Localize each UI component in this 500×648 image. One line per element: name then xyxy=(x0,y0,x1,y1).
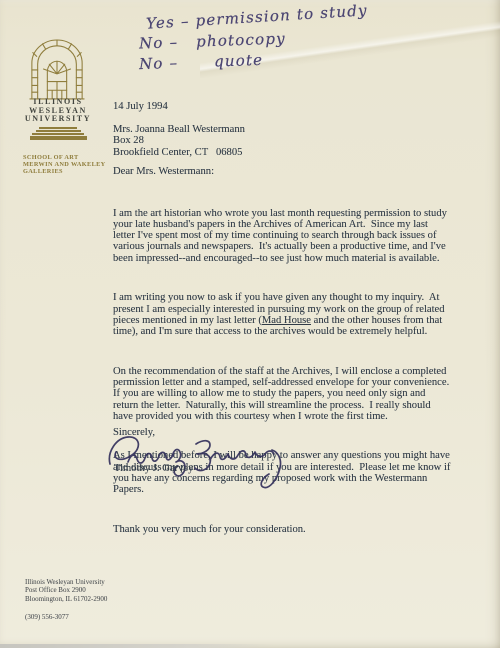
text-line: Thank you very much for your considerati… xyxy=(113,524,493,535)
text-line: Bloomington, IL 61702-2900 xyxy=(25,595,107,603)
department-name-line: MERWIN AND WAKELEY xyxy=(23,161,118,168)
text-line: return the letter. Naturally, this will … xyxy=(113,400,493,411)
text-line: On the recommendation of the staff at th… xyxy=(113,366,493,377)
letter-page: Yes – permission to study No – photocopy… xyxy=(0,0,500,648)
text-line: letter I've spent most of my time contin… xyxy=(113,230,493,241)
department-name-line: GALLERIES xyxy=(23,168,118,175)
text-line: If you are willing to allow me to study … xyxy=(113,388,493,399)
text-line: I am writing you now to ask if you have … xyxy=(113,292,493,303)
university-name: ILLINOIS WESLEYAN UNIVERSITY xyxy=(20,98,96,124)
text-line: Illinois Wesleyan University xyxy=(25,578,107,586)
recipient-address: Mrs. Joanna Beall WestermannBox 28Brookf… xyxy=(113,124,245,158)
text-line: various journals and newspapers. It's ac… xyxy=(113,241,493,252)
text-line: your late husband's papers in the Archiv… xyxy=(113,219,493,230)
handwritten-note-line: No – photocopy xyxy=(139,29,286,52)
scan-edge xyxy=(0,644,275,648)
department-name-line: SCHOOL OF ART xyxy=(23,154,118,161)
handwritten-note-line: No – quote xyxy=(139,51,264,73)
university-name-line: UNIVERSITY xyxy=(20,115,96,124)
department-name: SCHOOL OF ART MERWIN AND WAKELEY GALLERI… xyxy=(23,154,118,175)
text-line: pieces mentioned in my last letter (Mad … xyxy=(113,315,493,326)
text-line: time), and I'm sure that access to the a… xyxy=(113,326,493,337)
typed-signature-name: Timothy J. Garvey xyxy=(114,463,193,474)
letter-date: 14 July 1994 xyxy=(113,101,168,112)
text-line: Brookfield Center, CT 06805 xyxy=(113,147,245,158)
text-line: Mrs. Joanna Beall Westermann xyxy=(113,124,245,135)
paragraph: I am the art historian who wrote you las… xyxy=(113,208,493,264)
paragraph: Thank you very much for your considerati… xyxy=(113,524,493,535)
paragraph: On the recommendation of the staff at th… xyxy=(113,366,493,422)
text-line: permission letter and a stamped, self-ad… xyxy=(113,377,493,388)
handwritten-signature xyxy=(104,430,294,492)
pedestal-bars-icon xyxy=(28,127,88,141)
text-line: Post Office Box 2900 xyxy=(25,586,107,594)
text-line: Box 28 xyxy=(113,135,245,146)
text-line: present I am especially interested in pu… xyxy=(113,304,493,315)
salutation: Dear Mrs. Westermann: xyxy=(113,166,214,177)
letter-body: I am the art historian who wrote you las… xyxy=(113,185,493,563)
text-line: have provided you with this courtesy whe… xyxy=(113,411,493,422)
paragraph: I am writing you now to ask if you have … xyxy=(113,292,493,337)
footer-address: Illinois Wesleyan UniversityPost Office … xyxy=(25,578,107,603)
text-line: I am the art historian who wrote you las… xyxy=(113,208,493,219)
handwritten-note-line: Yes – permission to study xyxy=(146,1,369,33)
footer-phone: (309) 556-3077 xyxy=(25,613,69,621)
underlined-phrase: Mad House xyxy=(262,315,311,326)
arched-window-icon xyxy=(28,37,86,101)
text-line: been impressed--and encouraged--to see j… xyxy=(113,253,493,264)
